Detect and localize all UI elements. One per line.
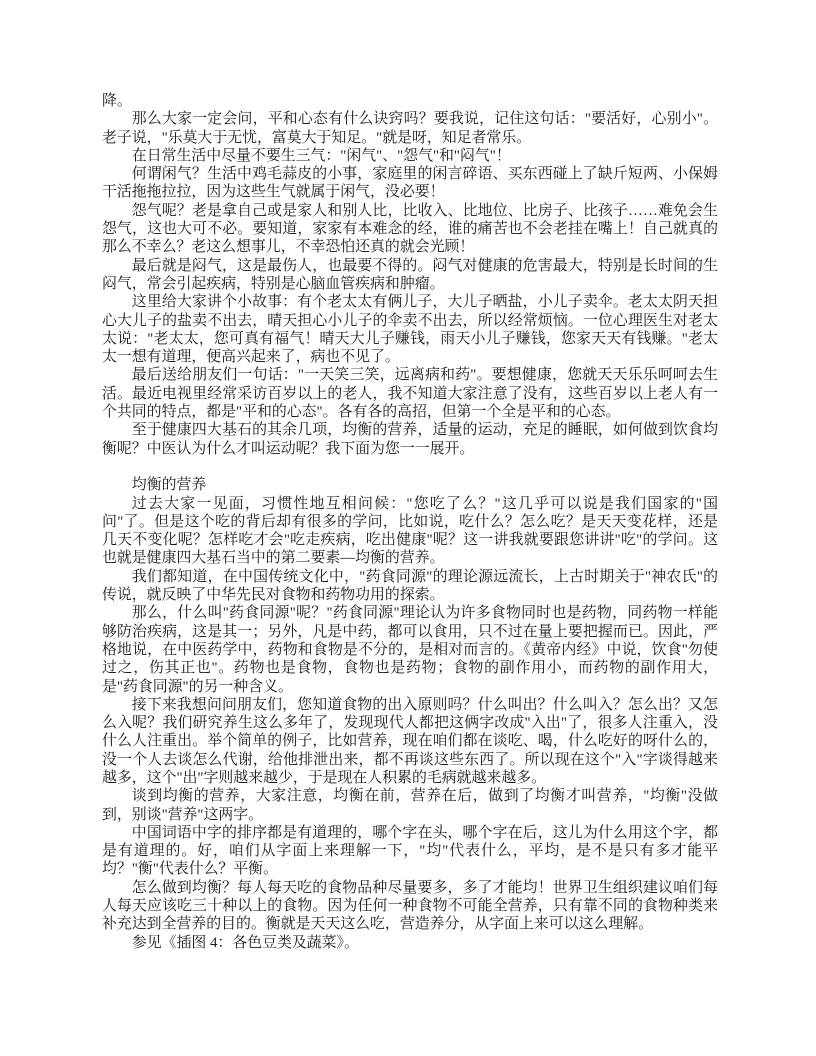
paragraph: 谈到均衡的营养，大家注意，均衡在前，营养在后，做到了均衡才叫营养，"均衡"没做到… [102, 787, 718, 824]
paragraph: 过去大家一见面，习惯性地互相问候："您吃了么？"这几乎可以说是我们国家的"国问"… [102, 495, 718, 568]
paragraph: 那么大家一定会问，平和心态有什么诀窍吗？要我说，记住这句话："要活好，心别小"。… [102, 110, 718, 147]
paragraph: 何谓闲气？生活中鸡毛蒜皮的小事，家庭里的闲言碎语、买东西碰上了缺斤短两、小保姆干… [102, 165, 718, 202]
continuation-line: 降。 [102, 92, 718, 110]
paragraph: 参见《插图 4：各色豆类及蔬菜》。 [102, 934, 718, 952]
paragraph: 在日常生活中尽量不要生三气："闲气"、"怨气"和"闷气"！ [102, 147, 718, 165]
section-heading: 均衡的营养 [102, 476, 718, 494]
paragraph: 中国词语中字的排序都是有道理的，哪个字在头，哪个字在后，这儿为什么用这个字，都是… [102, 824, 718, 879]
paragraph: 怨气呢？老是拿自己或是家人和别人比，比收入、比地位、比房子、比孩子……难免会生怨… [102, 202, 718, 257]
paragraph: 最后送给朋友们一句话："一天笑三笑，远离病和药"。要想健康，您就天天乐乐呵呵去生… [102, 366, 718, 421]
paragraph: 怎么做到均衡？每人每天吃的食物品种尽量要多，多了才能均！世界卫生组织建议咱们每人… [102, 879, 718, 934]
paragraph: 最后就是闷气，这是最伤人，也最要不得的。闷气对健康的危害最大，特别是长时间的生闷… [102, 257, 718, 294]
document-page: 降。 那么大家一定会问，平和心态有什么诀窍吗？要我说，记住这句话："要活好，心别… [0, 0, 816, 1056]
paragraph: 至于健康四大基石的其余几项，均衡的营养，适量的运动，充足的睡眠，如何做到饮食均衡… [102, 421, 718, 458]
paragraph: 那么，什么叫"药食同源"呢？"药食同源"理论认为许多食物同时也是药物，同药物一样… [102, 604, 718, 695]
paragraph: 接下来我想问问朋友们，您知道食物的出入原则吗？什么叫出？什么叫入？怎么出？又怎么… [102, 696, 718, 787]
paragraph: 这里给大家讲个小故事：有个老太太有俩儿子，大儿子晒盐，小儿子卖伞。老太太阴天担心… [102, 293, 718, 366]
paragraph-spacer [102, 458, 718, 476]
text-block: 降。 那么大家一定会问，平和心态有什么诀窍吗？要我说，记住这句话："要活好，心别… [102, 92, 718, 952]
paragraph: 我们都知道，在中国传统文化中，"药食同源"的理论源远流长，上古时期关于"神农氏"… [102, 568, 718, 605]
